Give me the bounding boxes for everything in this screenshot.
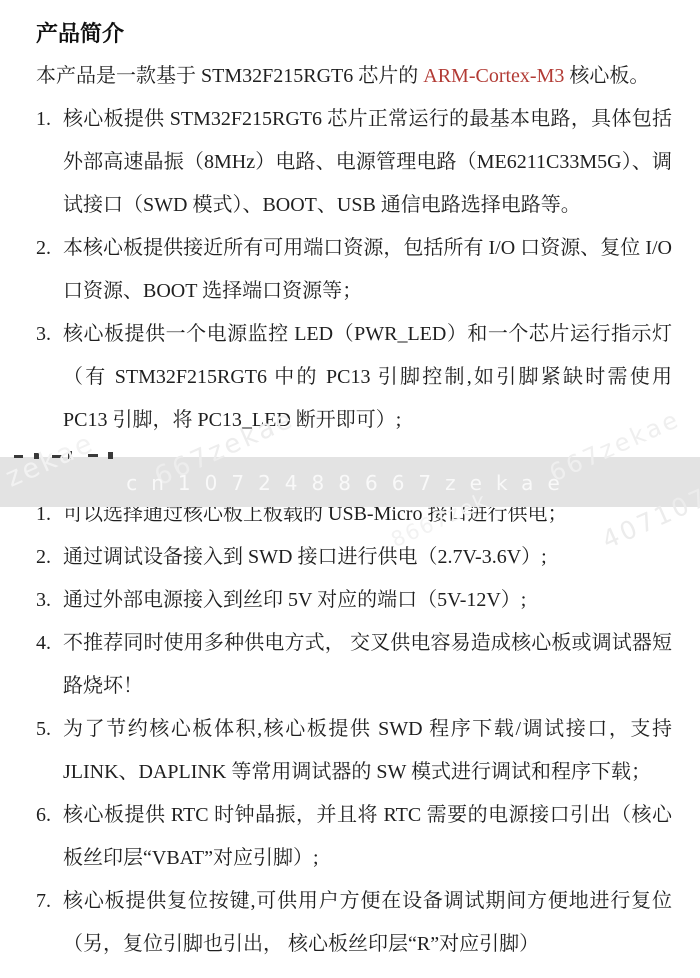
watermark-text: cn1072488667zekae [0, 462, 700, 505]
item-number: 4. [36, 622, 63, 665]
item-number: 6. [36, 794, 63, 837]
item-text: 核心板提供 RTC 时钟晶振，并且将 RTC 需要的电源接口引出（核心板丝印层“… [63, 794, 672, 880]
item-number: 2. [36, 536, 63, 579]
obscured-text-fragment [14, 455, 23, 458]
intro-highlight: ARM-Cortex-M3 [423, 65, 564, 87]
item-number: 1. [36, 98, 63, 141]
obscured-text-fragment [88, 454, 98, 457]
list-item: 2. 通过调试设备接入到 SWD 接口进行供电（2.7V-3.6V）; [36, 536, 672, 579]
intro-paragraph: 本产品是一款基于 STM32F215RGT6 芯片的 ARM-Cortex-M3… [36, 55, 672, 98]
list-item: 5. 为了节约核心板体积,核心板提供 SWD 程序下载/调试接口，支持 JLIN… [36, 708, 672, 794]
list-item: 4. 不推荐同时使用多种供电方式， 交叉供电容易造成核心板或调试器短路烧坏！ [36, 622, 672, 708]
page-title: 产品简介 [36, 12, 672, 55]
item-text: 通过外部电源接入到丝印 5V 对应的端口（5V-12V）; [63, 579, 672, 622]
item-number: 3. [36, 579, 63, 622]
item-text: 核心板提供复位按键,可供用户方便在设备调试期间方便地进行复位（另，复位引脚也引出… [63, 880, 672, 966]
power-notes-list: 1. 可以选择通过核心板上板载的 USB-Micro 接口进行供电； 2. 通过… [36, 493, 672, 966]
item-number: 2. [36, 227, 63, 270]
obscured-text-fragment [108, 452, 113, 459]
item-text: 本核心板提供接近所有可用端口资源，包括所有 I/O 口资源、复位 I/O 口资源… [63, 227, 672, 313]
list-item: 3. 核心板提供一个电源监控 LED（PWR_LED）和一个芯片运行指示灯（有 … [36, 313, 672, 442]
list-item: 3. 通过外部电源接入到丝印 5V 对应的端口（5V-12V）; [36, 579, 672, 622]
item-text: 核心板提供一个电源监控 LED（PWR_LED）和一个芯片运行指示灯（有 STM… [63, 313, 672, 442]
item-number: 5. [36, 708, 63, 751]
watermark-band: 7zekae 667zekae 667zekae 4071072 8667zek… [0, 457, 700, 507]
item-text: 不推荐同时使用多种供电方式， 交叉供电容易造成核心板或调试器短路烧坏！ [63, 622, 672, 708]
list-item: 1. 核心板提供 STM32F215RGT6 芯片正常运行的最基本电路，具体包括… [36, 98, 672, 227]
intro-text-after: 核心板。 [564, 65, 649, 87]
intro-text-before: 本产品是一款基于 STM32F215RGT6 芯片的 [36, 65, 423, 87]
item-text: 为了节约核心板体积,核心板提供 SWD 程序下载/调试接口，支持 JLINK、D… [63, 708, 672, 794]
list-item: 2. 本核心板提供接近所有可用端口资源，包括所有 I/O 口资源、复位 I/O … [36, 227, 672, 313]
list-item: 7. 核心板提供复位按键,可供用户方便在设备调试期间方便地进行复位（另，复位引脚… [36, 880, 672, 966]
item-text: 通过调试设备接入到 SWD 接口进行供电（2.7V-3.6V）; [63, 536, 672, 579]
item-number: 3. [36, 313, 63, 356]
obscured-text-fragment [68, 451, 72, 459]
obscured-text-fragment [34, 453, 39, 459]
item-number: 7. [36, 880, 63, 923]
obscured-text-fragment [52, 455, 63, 458]
feature-list: 1. 核心板提供 STM32F215RGT6 芯片正常运行的最基本电路，具体包括… [36, 98, 672, 442]
item-text: 核心板提供 STM32F215RGT6 芯片正常运行的最基本电路，具体包括外部高… [63, 98, 672, 227]
list-item: 6. 核心板提供 RTC 时钟晶振，并且将 RTC 需要的电源接口引出（核心板丝… [36, 794, 672, 880]
document-page: 产品简介 本产品是一款基于 STM32F215RGT6 芯片的 ARM-Cort… [0, 0, 700, 978]
